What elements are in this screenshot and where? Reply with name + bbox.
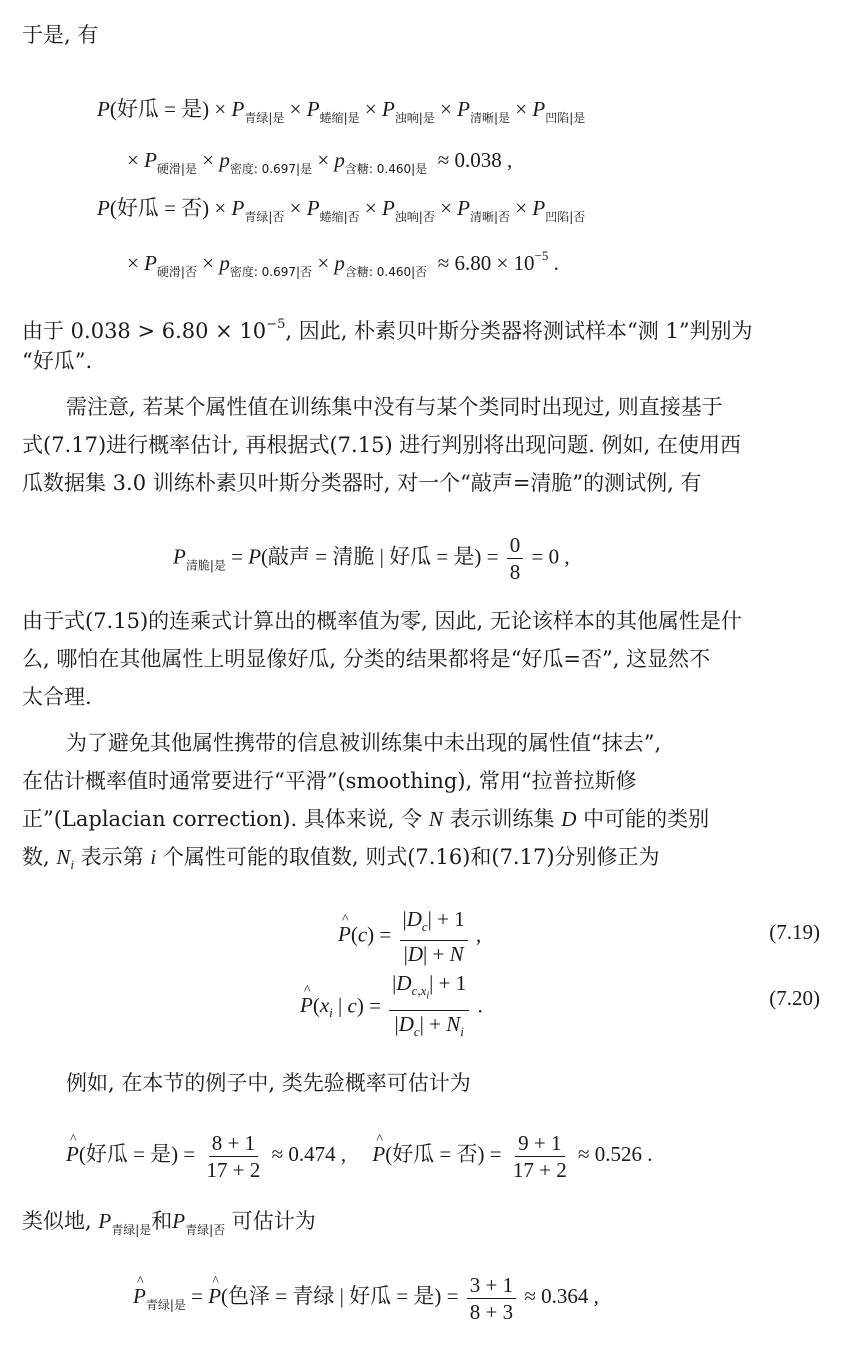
paragraph-4-line-1: 为了避免其他属性携带的信息被训练集中未出现的属性值“抹去”, bbox=[66, 730, 661, 756]
paragraph-3-line-1: 由于式(7.15)的连乘式计算出的概率值为零, 因此, 无论该样本的其他属性是什 bbox=[22, 608, 742, 634]
equation-prior: P(好瓜 = 是) = 8 + 117 + 2 ≈ 0.474 , P(好瓜 =… bbox=[66, 1128, 653, 1183]
paragraph-3-line-2: 么, 哪怕在其他属性上明显像好瓜, 分类的结果都将是“好瓜=否”, 这显然不 bbox=[22, 646, 710, 672]
paragraph-6: 类似地, P青绿|是和P青绿|否 可估计为 bbox=[22, 1208, 316, 1243]
paragraph-1-line-2: “好瓜”. bbox=[22, 348, 92, 374]
equation-7-20: P(xi | c) = |Dc,xi| + 1|Dc| + Ni . bbox=[300, 970, 483, 1045]
paragraph-5: 例如, 在本节的例子中, 类先验概率可估计为 bbox=[66, 1070, 471, 1096]
intro-text: 于是, 有 bbox=[22, 22, 98, 48]
equation-number-7-19: (7.19) bbox=[769, 920, 820, 945]
equation-yes-line2: × P硬滑|是 × p密度: 0.697|是 × p含糖: 0.460|是 ≈ … bbox=[127, 147, 512, 182]
paragraph-4-line-3: 正”(Laplacian correction). 具体来说, 令 N 表示训练… bbox=[22, 806, 709, 832]
result-no: 6.80 bbox=[454, 251, 491, 275]
equation-number-7-20: (7.20) bbox=[769, 986, 820, 1011]
equation-crisp: P清脆|是 = P(敲声 = 清脆 | 好瓜 = 是) = 08 = 0 , bbox=[173, 532, 570, 589]
paragraph-4-line-2: 在估计概率值时通常要进行“平滑”(smoothing), 常用“拉普拉斯修 bbox=[22, 768, 637, 794]
paragraph-1-line-1: 由于 0.038 > 6.80 × 10−5, 因此, 朴素贝叶斯分类器将测试样… bbox=[22, 312, 753, 344]
equation-no-line2: × P硬滑|否 × p密度: 0.697|否 × p含糖: 0.460|否 ≈ … bbox=[127, 243, 559, 285]
paragraph-2-line-1: 需注意, 若某个属性值在训练集中没有与某个类同时出现过, 则直接基于 bbox=[66, 394, 723, 420]
equation-7-19: P(c) = |Dc| + 1|D| + N , bbox=[338, 906, 481, 967]
equation-no-line1: P(好瓜 = 否) × P青绿|否 × P蜷缩|否 × P浊响|否 × P清晰|… bbox=[97, 195, 585, 230]
result-yes: 0.038 bbox=[454, 148, 501, 172]
equation-yes-line1: P(好瓜 = 是) × P青绿|是 × P蜷缩|是 × P浊响|是 × P清晰|… bbox=[97, 96, 585, 131]
paragraph-4-line-4: 数, Ni 表示第 i 个属性可能的取值数, 则式(7.16)和(7.17)分别… bbox=[22, 844, 660, 878]
equation-green: P青绿|是 = P(色泽 = 青绿 | 好瓜 = 是) = 3 + 18 + 3… bbox=[133, 1270, 599, 1331]
paragraph-3-line-3: 太合理. bbox=[22, 684, 92, 710]
paragraph-2-line-2: 式(7.17)进行概率估计, 再根据式(7.15) 进行判别将出现问题. 例如,… bbox=[22, 432, 741, 458]
fraction-zero-over-eight: 08 bbox=[507, 532, 524, 585]
paragraph-2-line-3: 瓜数据集 3.0 训练朴素贝叶斯分类器时, 对一个“敲声=清脆”的测试例, 有 bbox=[22, 470, 702, 496]
